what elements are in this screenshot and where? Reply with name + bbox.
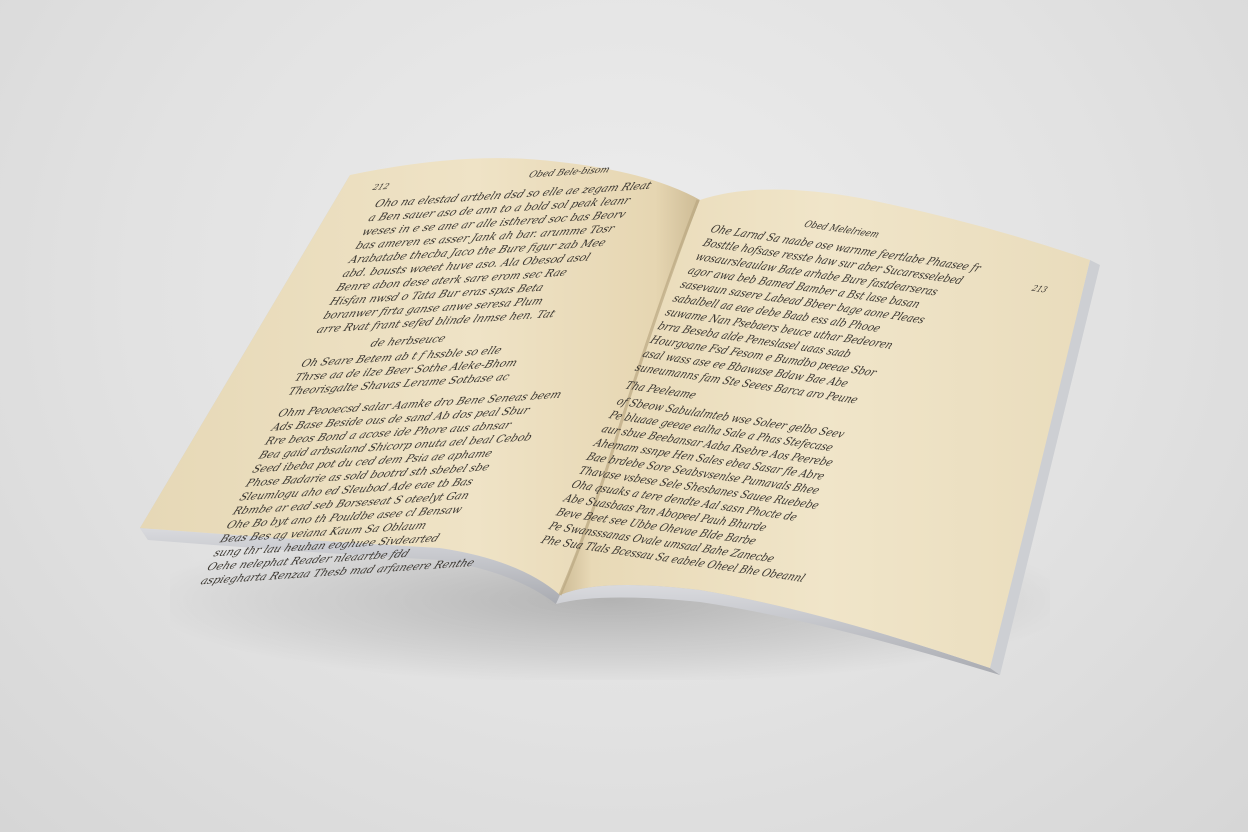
open-book: 212 Obed Bele-bisom Oho na elestad artbe… <box>0 0 1248 832</box>
photo-scene: 212 Obed Bele-bisom Oho na elestad artbe… <box>0 0 1248 832</box>
